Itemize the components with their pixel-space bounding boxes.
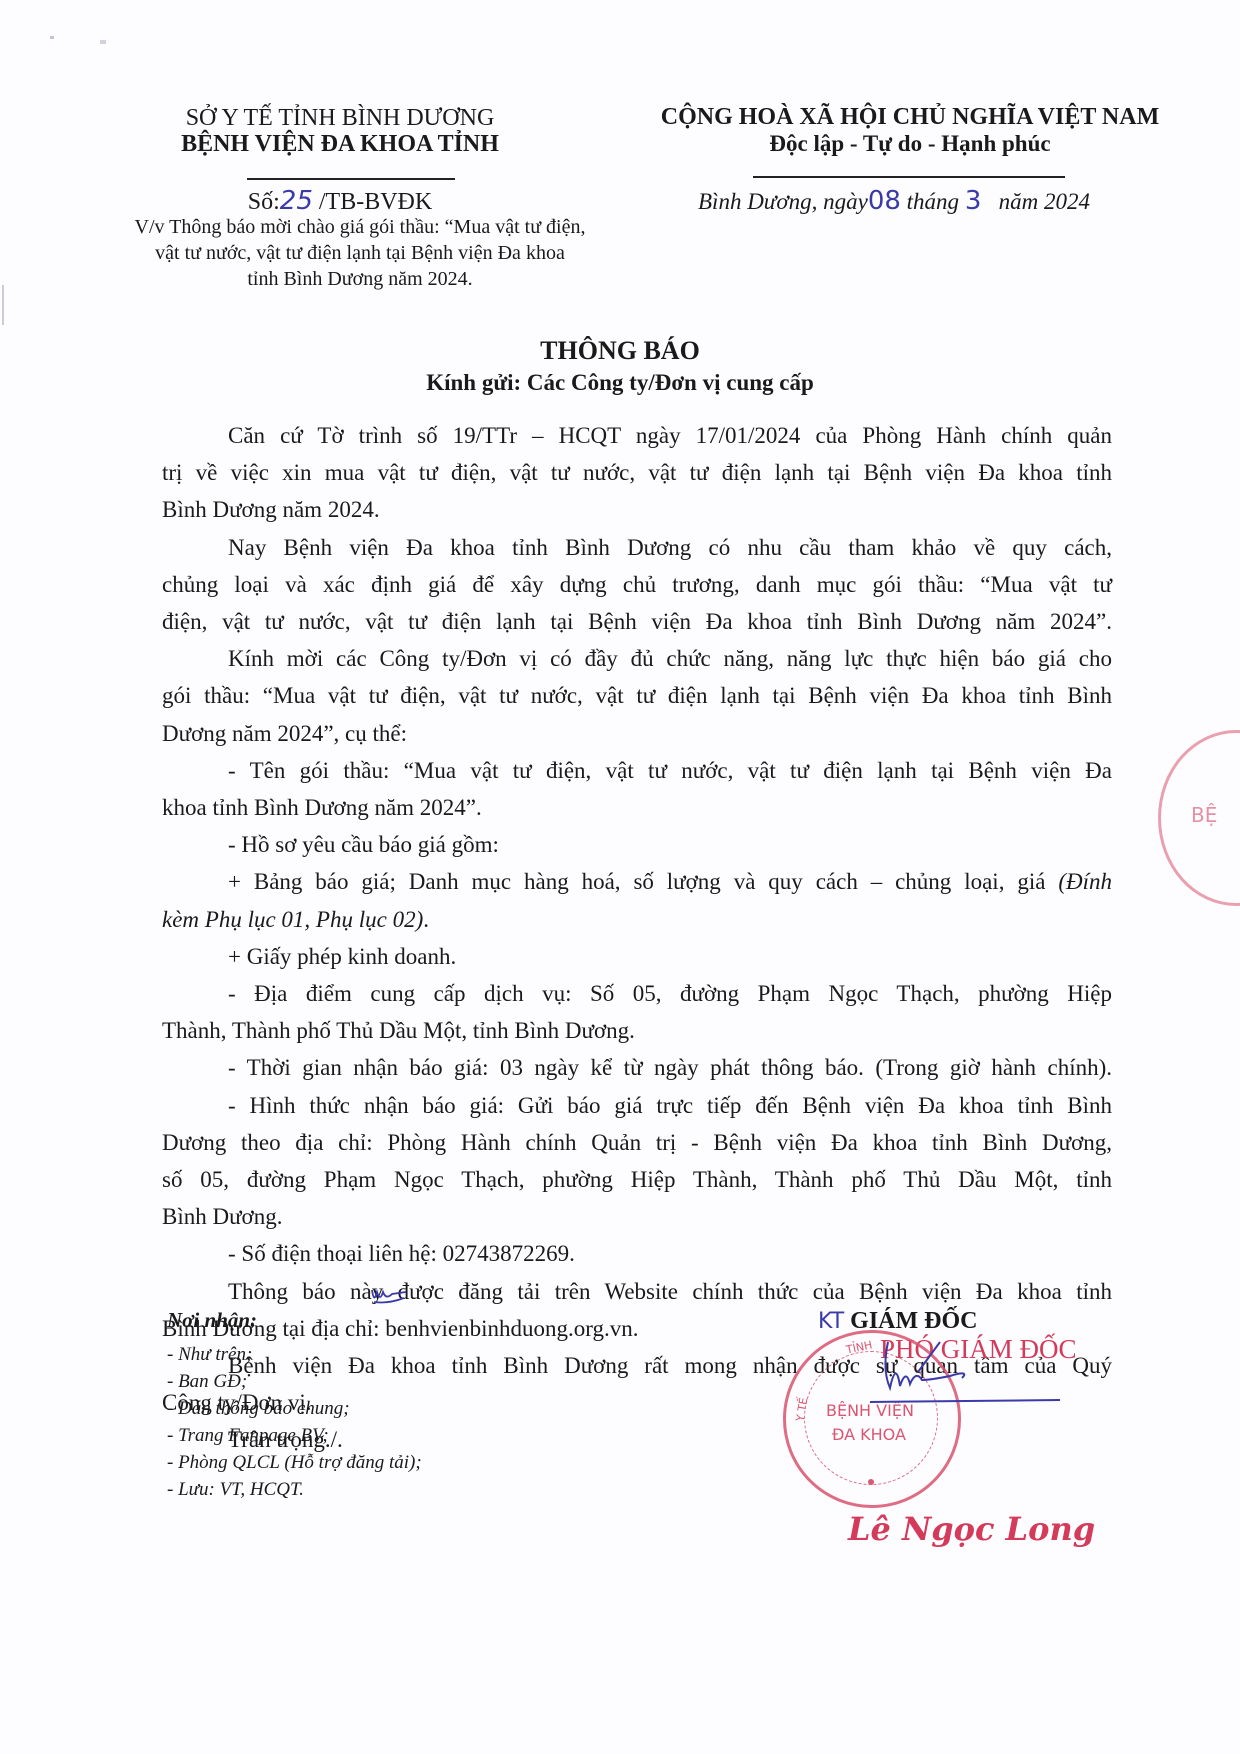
body-line: Căn cứ Tờ trình số 19/TTr – HCQT ngày 17… bbox=[162, 423, 1112, 449]
body-line: Bình Dương. bbox=[162, 1204, 1112, 1230]
body-line: - Hình thức nhận báo giá: Gửi báo giá tr… bbox=[162, 1093, 1112, 1119]
recipient-item: - Dán thông báo chung; bbox=[167, 1395, 422, 1422]
body-text: Bình Dương năm 2024. bbox=[162, 497, 380, 522]
body-line: Thông báo này được đăng tải trên Website… bbox=[162, 1279, 1112, 1305]
body-text: + Giấy phép kinh doanh. bbox=[228, 944, 456, 969]
recipient-item: - Ban GĐ; bbox=[167, 1368, 422, 1395]
scan-speck bbox=[50, 36, 54, 39]
recipients-heading: Nơi nhận: bbox=[167, 1308, 257, 1333]
kt-prefix: KT bbox=[818, 1309, 844, 1334]
date-year: năm 2024 bbox=[999, 189, 1090, 214]
document-number: Số:25 /TB-BVĐK bbox=[150, 186, 530, 216]
body-line: Dương năm 2024”, cụ thể: bbox=[162, 721, 1112, 747]
body-text: + Bảng báo giá; Danh mục hàng hoá, số lư… bbox=[228, 869, 1058, 894]
body-line: - Số điện thoại liên hệ: 02743872269. bbox=[162, 1241, 1112, 1267]
body-text: Thành, Thành phố Thủ Dầu Một, tỉnh Bình … bbox=[162, 1018, 635, 1043]
body-line: Bình Dương năm 2024. bbox=[162, 497, 1112, 523]
body-text: Dương theo địa chỉ: Phòng Hành chính Quả… bbox=[162, 1130, 1112, 1155]
body-line: điện, vật tư nước, vật tư điện lạnh tại … bbox=[162, 609, 1112, 635]
body-italic-text: (Đính bbox=[1058, 869, 1112, 894]
date-line: Bình Dương, ngày08 tháng 3 năm 2024 bbox=[698, 186, 1090, 216]
body-text: khoa tỉnh Bình Dương năm 2024”. bbox=[162, 795, 482, 820]
number-suffix: /TB-BVĐK bbox=[319, 189, 432, 215]
body-text: - Thời gian nhận báo giá: 03 ngày kể từ … bbox=[228, 1055, 1112, 1080]
body-line: trị về việc xin mua vật tư điện, vật tư … bbox=[162, 460, 1112, 486]
signer-name: Lê Ngọc Long bbox=[848, 1510, 1095, 1548]
body-italic-text: kèm Phụ lục 01, Phụ lục 02) bbox=[162, 907, 423, 932]
body-line: chủng loại và xác định giá để xây dựng c… bbox=[162, 572, 1112, 598]
body-line: Thành, Thành phố Thủ Dầu Một, tỉnh Bình … bbox=[162, 1018, 1112, 1044]
body-line: + Bảng báo giá; Danh mục hàng hoá, số lư… bbox=[162, 869, 1112, 895]
body-line: + Giấy phép kinh doanh. bbox=[162, 944, 1112, 970]
document-title: THÔNG BÁO bbox=[0, 336, 1240, 366]
header-left-underline bbox=[247, 178, 455, 180]
nation-title: CỘNG HOÀ XÃ HỘI CHỦ NGHĨA VIỆT NAM bbox=[630, 104, 1190, 131]
body-text: Kính mời các Công ty/Đơn vị có đầy đủ ch… bbox=[228, 646, 1112, 671]
motto: Độc lập - Tự do - Hạnh phúc bbox=[630, 131, 1190, 157]
body-line: - Hồ sơ yêu cầu báo giá gồm: bbox=[162, 832, 1112, 858]
side-seal-text: BỆ bbox=[1191, 803, 1217, 827]
body-text: Nay Bệnh viện Đa khoa tỉnh Bình Dương có… bbox=[228, 535, 1112, 560]
date-month-label: tháng bbox=[907, 189, 959, 214]
body-text: - Địa điểm cung cấp dịch vụ: Số 05, đườn… bbox=[228, 981, 1112, 1006]
body-text: điện, vật tư nước, vật tư điện lạnh tại … bbox=[162, 609, 1112, 634]
side-seal-partial: BỆ bbox=[1158, 730, 1240, 906]
body-line: Dương theo địa chỉ: Phòng Hành chính Quả… bbox=[162, 1130, 1112, 1156]
subject-line: tỉnh Bình Dương năm 2024. bbox=[100, 266, 620, 292]
scan-edge-mark bbox=[2, 285, 4, 325]
handwritten-number: 25 bbox=[280, 186, 313, 216]
body-line: khoa tỉnh Bình Dương năm 2024”. bbox=[162, 795, 1112, 821]
unit-name: BỆNH VIỆN ĐA KHOA TỈNH bbox=[150, 131, 530, 158]
body-text: Thông báo này được đăng tải trên Website… bbox=[228, 1279, 1112, 1304]
body-text: Bình Dương. bbox=[162, 1204, 282, 1229]
number-prefix: Số: bbox=[248, 189, 280, 215]
recipient-item: - Phòng QLCL (Hỗ trợ đăng tải); bbox=[167, 1449, 422, 1476]
body-text: . bbox=[423, 907, 429, 932]
handwritten-signature bbox=[870, 1340, 1070, 1430]
body-text: Dương năm 2024”, cụ thể: bbox=[162, 721, 407, 746]
body-line: - Thời gian nhận báo giá: 03 ngày kể từ … bbox=[162, 1055, 1112, 1081]
body-line: số 05, đường Phạm Ngọc Thạch, phường Hiệ… bbox=[162, 1167, 1112, 1193]
body-text: số 05, đường Phạm Ngọc Thạch, phường Hiệ… bbox=[162, 1167, 1112, 1192]
body-text: chủng loại và xác định giá để xây dựng c… bbox=[162, 572, 1112, 597]
body-text: trị về việc xin mua vật tư điện, vật tư … bbox=[162, 460, 1112, 485]
body-line: - Tên gói thầu: “Mua vật tư điện, vật tư… bbox=[162, 758, 1112, 784]
recipient-line: Kính gửi: Các Công ty/Đơn vị cung cấp bbox=[0, 370, 1240, 396]
body-text: gói thầu: “Mua vật tư điện, vật tư nước,… bbox=[162, 683, 1112, 708]
recipient-item: - Lưu: VT, HCQT. bbox=[167, 1476, 422, 1503]
handwritten-day: 08 bbox=[868, 186, 901, 216]
recipient-item: - Trang Fanpage BV; bbox=[167, 1422, 422, 1449]
handwritten-initial-mark bbox=[370, 1282, 410, 1306]
body-text: - Tên gói thầu: “Mua vật tư điện, vật tư… bbox=[228, 758, 1112, 783]
date-prefix: Bình Dương, ngày bbox=[698, 189, 868, 214]
seal-dot bbox=[868, 1479, 874, 1485]
body-line: - Địa điểm cung cấp dịch vụ: Số 05, đườn… bbox=[162, 981, 1112, 1007]
signature-title: KT GIÁM ĐỐC bbox=[818, 1308, 978, 1335]
agency-name: SỞ Y TẾ TỈNH BÌNH DƯƠNG bbox=[150, 105, 530, 132]
subject-line: V/v Thông báo mời chào giá gói thầu: “Mu… bbox=[100, 214, 620, 240]
recipient-item: - Như trên; bbox=[167, 1341, 422, 1368]
header-right-underline bbox=[753, 176, 1065, 178]
body-line: kèm Phụ lục 01, Phụ lục 02). bbox=[162, 907, 1112, 933]
scan-speck bbox=[100, 40, 106, 44]
body-text: - Số điện thoại liên hệ: 02743872269. bbox=[228, 1241, 575, 1266]
body-text: - Hồ sơ yêu cầu báo giá gồm: bbox=[228, 832, 499, 857]
body-line: Nay Bệnh viện Đa khoa tỉnh Bình Dương có… bbox=[162, 535, 1112, 561]
subject-line: vật tư nước, vật tư điện lạnh tại Bệnh v… bbox=[100, 240, 620, 266]
recipients-list: - Như trên; - Ban GĐ; - Dán thông báo ch… bbox=[167, 1341, 422, 1503]
body-line: gói thầu: “Mua vật tư điện, vật tư nước,… bbox=[162, 683, 1112, 709]
body-text: Căn cứ Tờ trình số 19/TTr – HCQT ngày 17… bbox=[228, 423, 1112, 448]
body-text: - Hình thức nhận báo giá: Gửi báo giá tr… bbox=[228, 1093, 1112, 1118]
subject-block: V/v Thông báo mời chào giá gói thầu: “Mu… bbox=[100, 214, 620, 292]
body-line: Kính mời các Công ty/Đơn vị có đầy đủ ch… bbox=[162, 646, 1112, 672]
handwritten-month: 3 bbox=[965, 186, 982, 216]
